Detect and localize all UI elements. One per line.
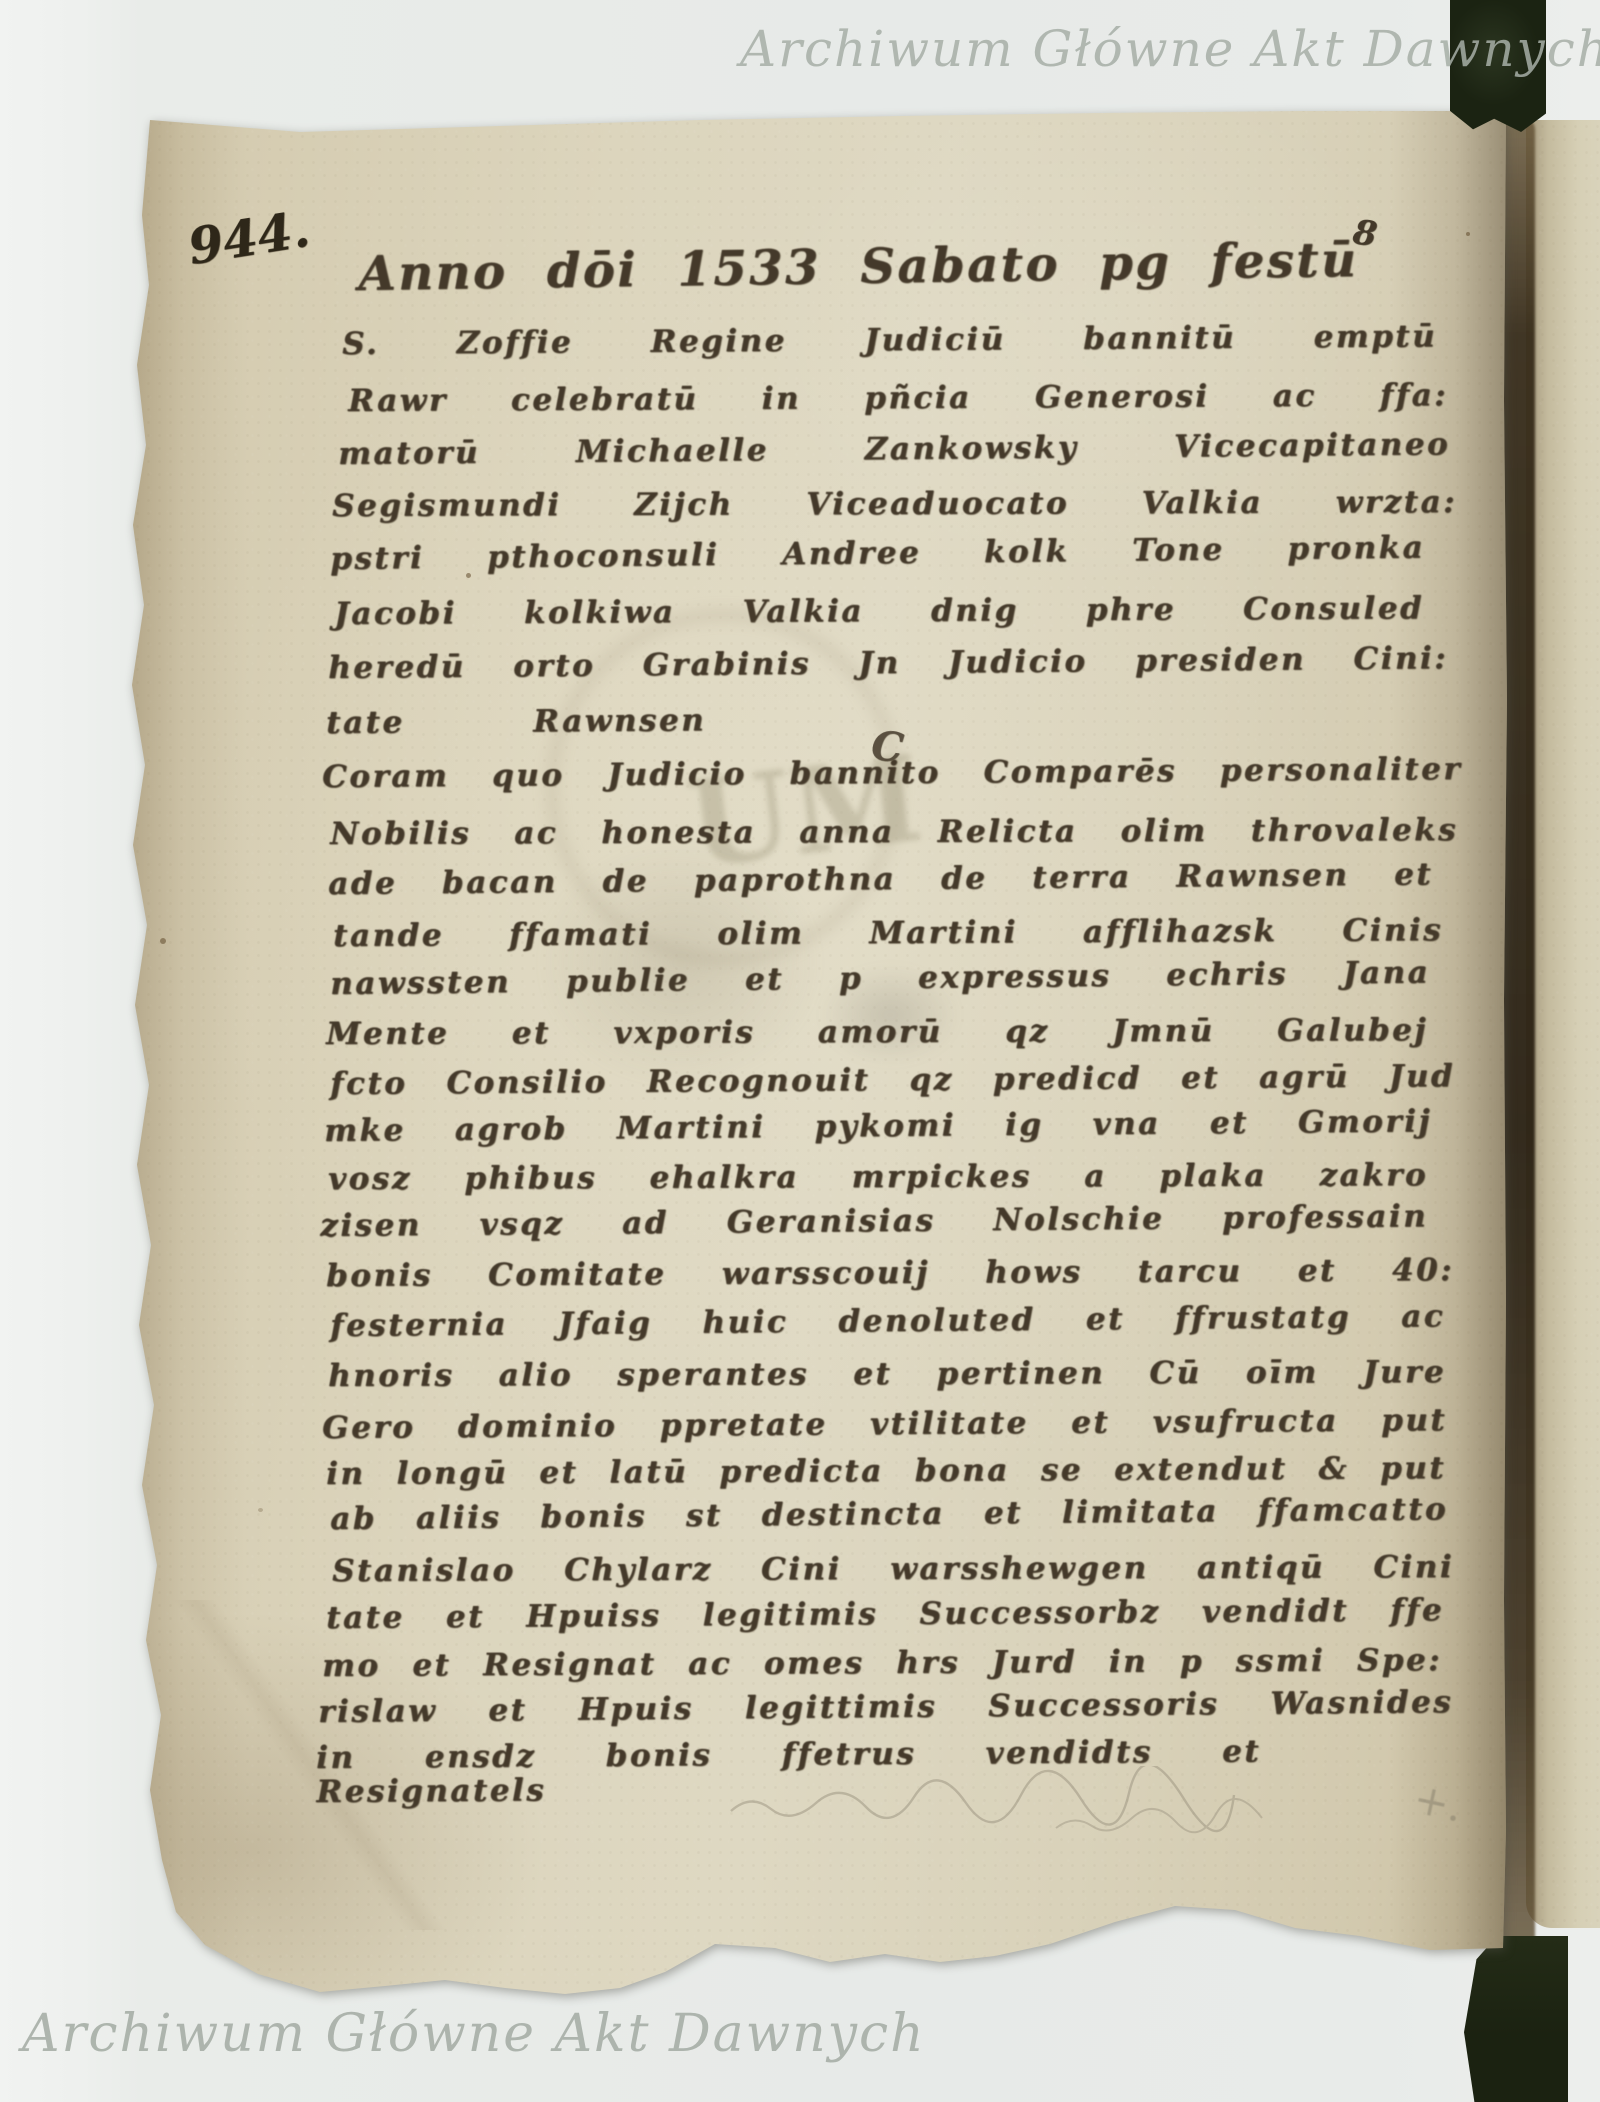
manuscript-line: Stanislao Chylarz Cini warsshewgen antiq… bbox=[332, 1550, 1454, 1588]
manuscript-line: Jacobi kolkiwa Valkia dnig phre Consuled bbox=[334, 591, 1424, 631]
manuscript-scan: UM 944. 8 C Anno dōi 1533 Sabato pg fest… bbox=[0, 0, 1600, 2102]
manuscript-line: bonis Comitate warsscouij hows tarcu et … bbox=[326, 1253, 1454, 1293]
paper-speck bbox=[160, 938, 166, 944]
pencil-scribble bbox=[726, 1766, 1286, 1846]
manuscript-line: mke agrob Martini pykomi ig vna et Gmori… bbox=[324, 1104, 1432, 1148]
manuscript-line: ab aliis bonis st destincta et limitata … bbox=[330, 1492, 1448, 1536]
manuscript-line: tate et Hpuiss legitimis Successorbz ven… bbox=[326, 1593, 1444, 1635]
manuscript-line: pstri pthoconsuli Andree kolk Tone pronk… bbox=[330, 531, 1425, 577]
folio-number: 944. bbox=[184, 199, 314, 276]
paper-speck bbox=[466, 573, 471, 578]
manuscript-line: tande ffamati olim Martini afflihazsk Ci… bbox=[333, 913, 1443, 953]
manuscript-line: mo et Resignat ac omes hrs Jurd in p ssm… bbox=[322, 1643, 1442, 1683]
manuscript-line: festernia Jfaig huic denoluted et ffrust… bbox=[330, 1299, 1445, 1343]
manuscript-line: matorū Michaelle Zankowsky Vicecapitaneo bbox=[338, 427, 1450, 471]
manuscript-line: Segismundi Zijch Viceaduocato Valkia wrz… bbox=[332, 485, 1457, 523]
page-shadow: UM 944. 8 C Anno dōi 1533 Sabato pg fest… bbox=[0, 0, 1600, 2102]
manuscript-line: nawssten publie et p expressus echris Ja… bbox=[330, 955, 1430, 1001]
manuscript-line: vosz phibus ehalkra mrpickes a plaka zak… bbox=[328, 1158, 1428, 1196]
archive-watermark-bottom: Archiwum Główne Akt Dawnych bbox=[22, 2004, 926, 2064]
manuscript-line: Coram quo Judicio bannito Comparēs perso… bbox=[322, 752, 1462, 794]
manuscript-line: Anno dōi 1533 Sabato pg festū bbox=[358, 234, 1359, 301]
manuscript-line: Rawr celebratū in pñcia Generosi ac ffa: bbox=[348, 378, 1448, 418]
left-edge-shading bbox=[128, 110, 248, 2000]
manuscript-line: Nobilis ac honesta anna Relicta olim thr… bbox=[330, 813, 1458, 851]
manuscript-line: tate Rawnsen bbox=[326, 703, 706, 740]
manuscript-line: zisen vsqz ad Geranisias Nolschie profes… bbox=[320, 1199, 1428, 1243]
manuscript-page: UM 944. 8 C Anno dōi 1533 Sabato pg fest… bbox=[0, 0, 1600, 2102]
manuscript-line: rislaw et Hpuis legittimis Successoris W… bbox=[318, 1685, 1453, 1729]
manuscript-line: in longū et latū predicta bona se extend… bbox=[326, 1451, 1446, 1491]
manuscript-line: Mente et vxporis amorū qz Jmnū Galubej bbox=[326, 1013, 1428, 1051]
paper-speck bbox=[1466, 232, 1470, 236]
manuscript-line: Gero dominio ppretate vtilitate et vsufr… bbox=[322, 1403, 1447, 1445]
pencil-mark: +. bbox=[1409, 1773, 1467, 1831]
manuscript-line: fcto Consilio Recognouit qz predicd et a… bbox=[330, 1059, 1455, 1101]
archive-watermark-top: Archiwum Główne Akt Dawnych bbox=[740, 20, 1600, 78]
manuscript-line: heredū orto Grabinis Jn Judicio presiden… bbox=[328, 641, 1448, 685]
manuscript-line: hnoris alio sperantes et pertinen Cū oīm… bbox=[328, 1355, 1446, 1393]
paper-speck bbox=[258, 1508, 263, 1512]
manuscript-line: ade bacan de paprothna de terra Rawnsen … bbox=[328, 857, 1433, 901]
manuscript-line: S. Zoffie Regine Judiciū bannitū emptū bbox=[342, 319, 1437, 361]
